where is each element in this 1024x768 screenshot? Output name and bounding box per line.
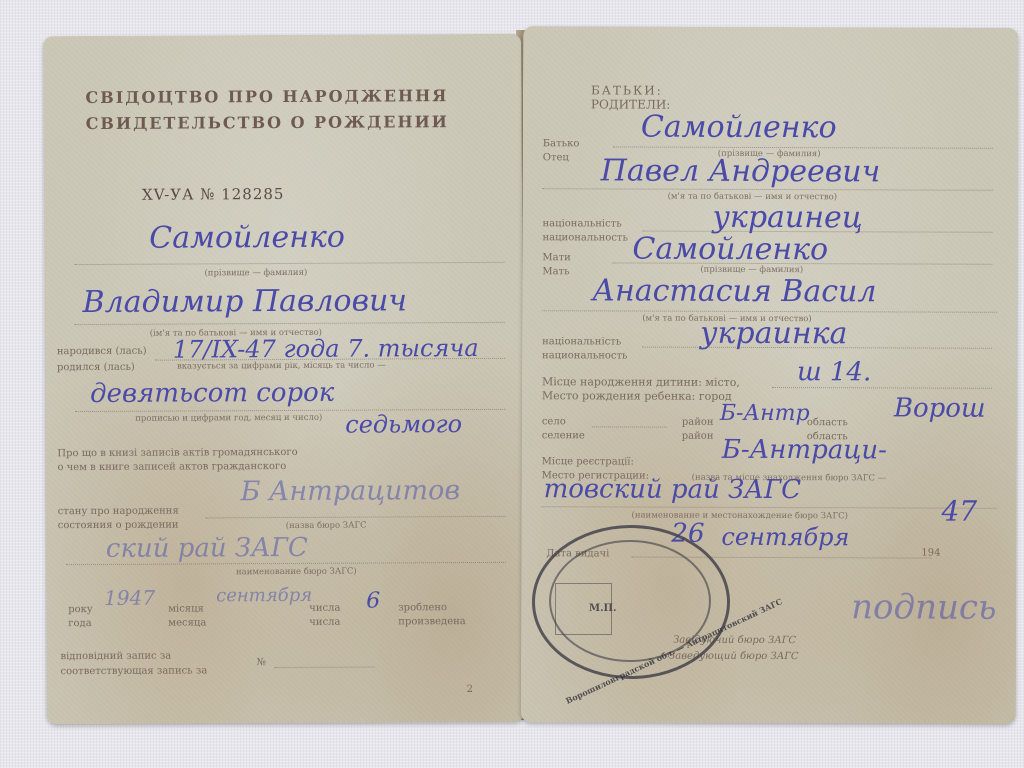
- mother-nationality: украинка: [700, 319, 847, 350]
- status-ru: состояния о рождении: [58, 520, 179, 533]
- bureau-handwritten-2: ский рай ЗАГС: [106, 535, 308, 562]
- born-label-ru: родился (лась): [57, 362, 135, 374]
- birthplace-ru: Место рождения ребенка: город: [542, 390, 732, 403]
- made-ru: произведена: [398, 616, 466, 628]
- district-handwritten: Б-Антр: [720, 403, 810, 425]
- day-label-ua: числа: [309, 603, 340, 615]
- year-label-ua: року: [68, 604, 93, 616]
- father-label-ua: Батько: [543, 138, 580, 150]
- mother-nationality-ru: национальность: [542, 350, 627, 362]
- title-ru: СВИДЕТЕЛЬСТВО О РОЖДЕНИИ: [86, 112, 449, 133]
- issue-month: сентября: [721, 525, 849, 549]
- status-ua: стану про народження: [58, 506, 179, 519]
- issue-year-prefix: 194: [921, 548, 940, 560]
- serial-number: XV-УА № 128285: [142, 185, 284, 204]
- mother-surname: Самойленко: [632, 235, 828, 266]
- record-text-ru: о чем в книге записей актов гражданского: [57, 461, 286, 474]
- year-label-ru: года: [68, 618, 91, 630]
- parents-ua: БАТЬКИ:: [591, 84, 663, 96]
- date-hint-ua: вказується за цифрами рік, місяць та чис…: [177, 360, 386, 371]
- region-ua: область: [807, 417, 848, 429]
- village-ua: село: [542, 416, 566, 428]
- bureau-handwritten: Б Антрацитов: [241, 477, 461, 505]
- title-ua: СВІДОЦТВО ПРО НАРОДЖЕННЯ: [85, 86, 448, 107]
- birth-date-words-2: седьмого: [345, 412, 462, 437]
- left-page: СВІДОЦТВО ПРО НАРОДЖЕННЯ СВИДЕТЕЛЬСТВО О…: [43, 34, 525, 724]
- nationality-ru: национальность: [542, 232, 627, 244]
- father-nationality: украинец: [712, 203, 862, 234]
- issue-year: 47: [941, 498, 977, 526]
- year-handwritten: 1947: [104, 588, 155, 608]
- number-sign: №: [256, 657, 266, 669]
- day-handwritten: 6: [366, 590, 380, 612]
- registration-ua: Місце реєстрації:: [542, 456, 634, 468]
- child-name: Владимир Павлович: [83, 286, 408, 318]
- month-label-ru: месяца: [168, 617, 206, 629]
- birth-city: ш 14.: [797, 359, 871, 385]
- registration-hint-2: (наименование и местонахождение бюро ЗАГ…: [631, 511, 847, 522]
- district-ru: район: [682, 431, 714, 443]
- day-label-ru: числа: [309, 617, 340, 629]
- official-stamp: М.П. Ворошиловградской обл. — Антрацитов…: [532, 525, 730, 679]
- father-name: Павел Андреевич: [601, 156, 881, 187]
- born-label-ua: народився (лась): [57, 346, 147, 358]
- month-handwritten: сентября: [216, 587, 312, 606]
- signature: подпись: [851, 587, 996, 628]
- surname-hint: (прізвище — фамилия): [204, 268, 307, 279]
- bureau-name-hint: наименование бюро ЗАГС): [236, 567, 357, 578]
- month-label-ua: місяця: [168, 603, 204, 615]
- mother-name: Анастасия Васил: [592, 276, 876, 307]
- bureau-hint: (назва бюро ЗАГС: [286, 521, 367, 531]
- record-text-ua: Про що в книзі записів актів громадянськ…: [57, 447, 297, 460]
- father-surname: Самойленко: [641, 113, 837, 144]
- entry-ua: відповідний запис за: [60, 651, 171, 664]
- registration-handwritten: Б-Антраци-: [722, 437, 887, 464]
- nationality-ua: національність: [543, 218, 622, 230]
- birthplace-ua: Місце народження дитини: місто,: [542, 376, 740, 389]
- mother-label-ru: Мать: [542, 266, 569, 278]
- made-ua: зроблено: [398, 602, 447, 614]
- entry-ru: соответствующая запись за: [61, 665, 208, 678]
- mother-nationality-ua: національність: [542, 336, 621, 348]
- district-ua: район: [682, 417, 714, 429]
- father-label-ru: Отец: [543, 152, 569, 164]
- village-ru: селение: [542, 430, 585, 442]
- page-number: 2: [467, 684, 473, 696]
- date-hint-ru: прописью и цифрами год, месяц и число): [135, 413, 322, 424]
- registration-handwritten-2: товский рай ЗАГС: [544, 476, 802, 503]
- mother-label-ua: Мати: [542, 252, 570, 264]
- child-surname: Самойленко: [149, 223, 345, 254]
- region-handwritten: Ворош: [894, 395, 986, 421]
- birth-date-words: девятьсот сорок: [90, 380, 334, 407]
- stamp-mp: М.П.: [589, 603, 616, 614]
